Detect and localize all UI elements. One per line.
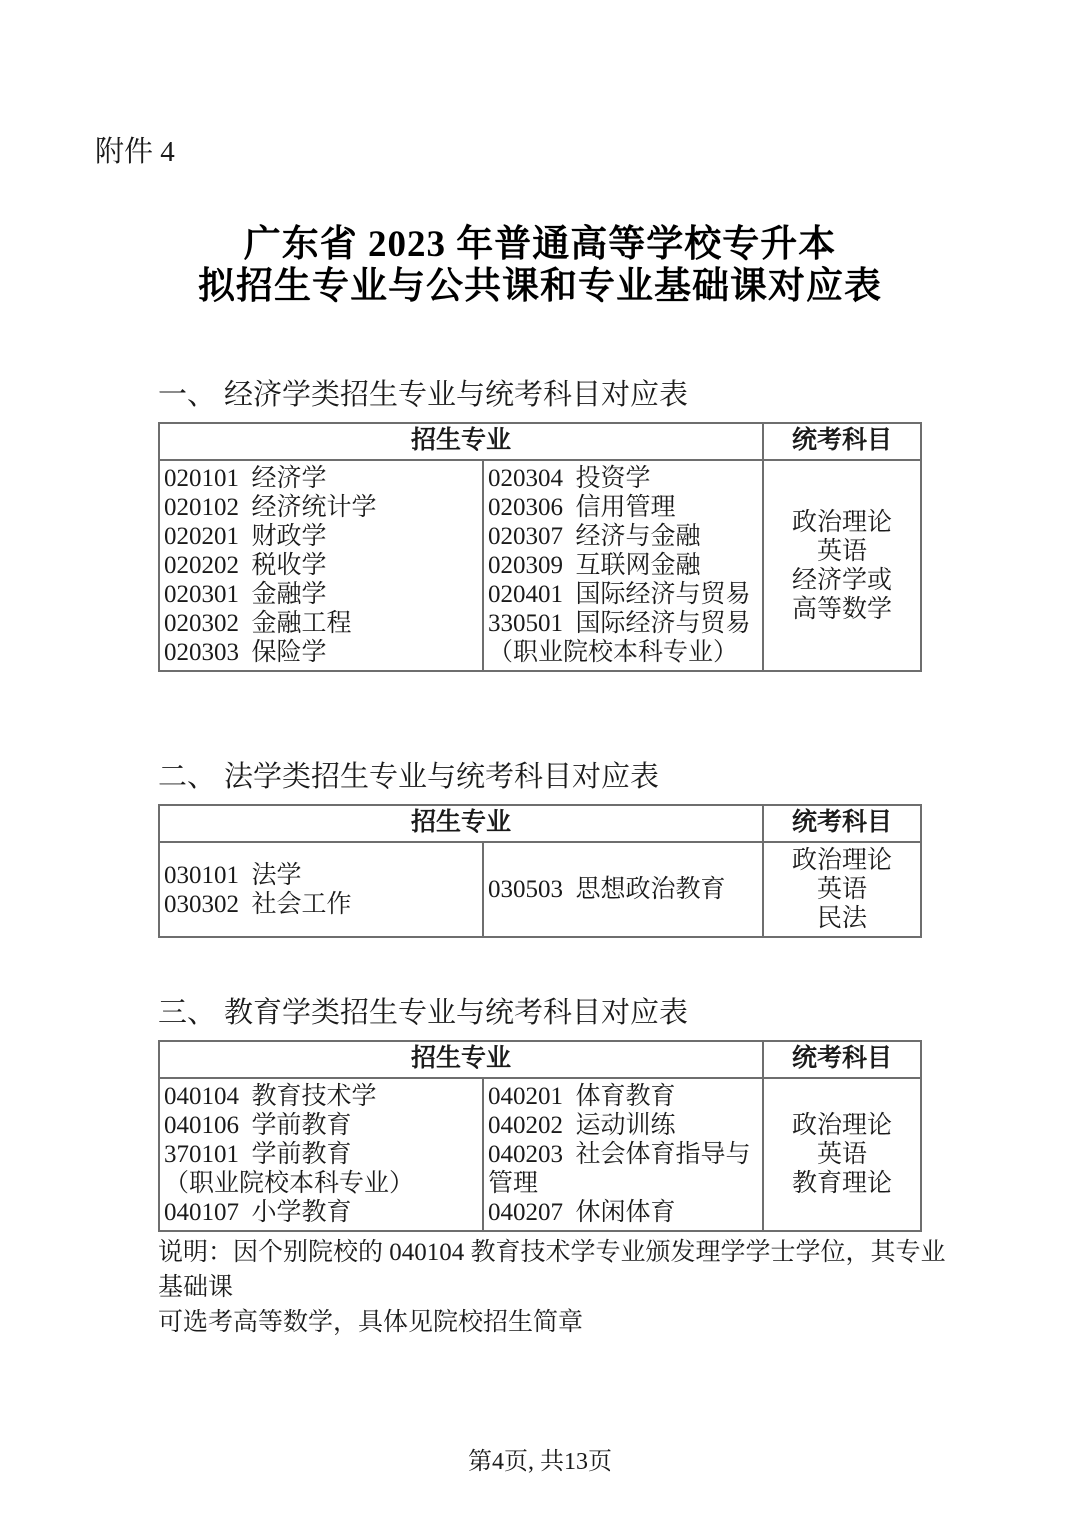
document-page: 附件 4 广东省 2023 年普通高等学校专升本 拟招生专业与公共课和专业基础课…: [0, 0, 1080, 1529]
economics-subjects-cell: 政治理论 英语 经济学或 高等数学: [763, 460, 921, 671]
education-table: 招生专业 统考科目 040104 教育技术学 040106 学前教育 37010…: [158, 1040, 922, 1232]
table-header-row: 招生专业 统考科目: [159, 1041, 921, 1078]
majors-header: 招生专业: [159, 805, 763, 842]
law-subjects-cell: 政治理论 英语 民法: [763, 842, 921, 937]
education-majors-col1: 040104 教育技术学 040106 学前教育 370101 学前教育 （职业…: [159, 1078, 483, 1231]
law-table: 招生专业 统考科目 030101 法学 030302 社会工作 030503 思…: [158, 804, 922, 938]
page-number: 第4页, 共13页: [0, 1448, 1080, 1476]
majors-header: 招生专业: [159, 423, 763, 460]
explanatory-note: 说明：因个别院校的 040104 教育技术学专业颁发理学学士学位，其专业基础课 …: [158, 1235, 948, 1340]
law-majors-col2: 030503 思想政治教育: [483, 842, 763, 937]
section-heading-law: 二、 法学类招生专业与统考科目对应表: [158, 762, 920, 792]
economics-majors-col2: 020304 投资学 020306 信用管理 020307 经济与金融 0203…: [483, 460, 763, 671]
section-economics: 一、 经济学类招生专业与统考科目对应表 招生专业 统考科目 020101 经济学…: [158, 380, 920, 672]
economics-majors-col1: 020101 经济学 020102 经济统计学 020201 财政学 02020…: [159, 460, 483, 671]
table-body-row: 040104 教育技术学 040106 学前教育 370101 学前教育 （职业…: [159, 1078, 921, 1231]
section-education: 三、 教育学类招生专业与统考科目对应表 招生专业 统考科目 040104 教育技…: [158, 998, 920, 1232]
education-subjects-cell: 政治理论 英语 教育理论: [763, 1078, 921, 1231]
table-body-row: 020101 经济学 020102 经济统计学 020201 财政学 02020…: [159, 460, 921, 671]
attachment-label: 附件 4: [95, 138, 1080, 167]
title-line-1: 广东省 2023 年普通高等学校专升本: [0, 224, 1080, 266]
majors-header: 招生专业: [159, 1041, 763, 1078]
table-body-row: 030101 法学 030302 社会工作 030503 思想政治教育 政治理论…: [159, 842, 921, 937]
economics-table: 招生专业 统考科目 020101 经济学 020102 经济统计学 020201…: [158, 422, 922, 672]
section-heading-education: 三、 教育学类招生专业与统考科目对应表: [158, 998, 920, 1028]
section-heading-economics: 一、 经济学类招生专业与统考科目对应表: [158, 380, 920, 410]
title-line-2: 拟招生专业与公共课和专业基础课对应表: [0, 266, 1080, 308]
subjects-header: 统考科目: [763, 423, 921, 460]
document-title: 广东省 2023 年普通高等学校专升本 拟招生专业与公共课和专业基础课对应表: [0, 224, 1080, 308]
subjects-header: 统考科目: [763, 805, 921, 842]
law-majors-col1: 030101 法学 030302 社会工作: [159, 842, 483, 937]
education-majors-col2: 040201 体育教育 040202 运动训练 040203 社会体育指导与管理…: [483, 1078, 763, 1231]
table-header-row: 招生专业 统考科目: [159, 805, 921, 842]
table-header-row: 招生专业 统考科目: [159, 423, 921, 460]
subjects-header: 统考科目: [763, 1041, 921, 1078]
section-law: 二、 法学类招生专业与统考科目对应表 招生专业 统考科目 030101 法学 0…: [158, 762, 920, 938]
